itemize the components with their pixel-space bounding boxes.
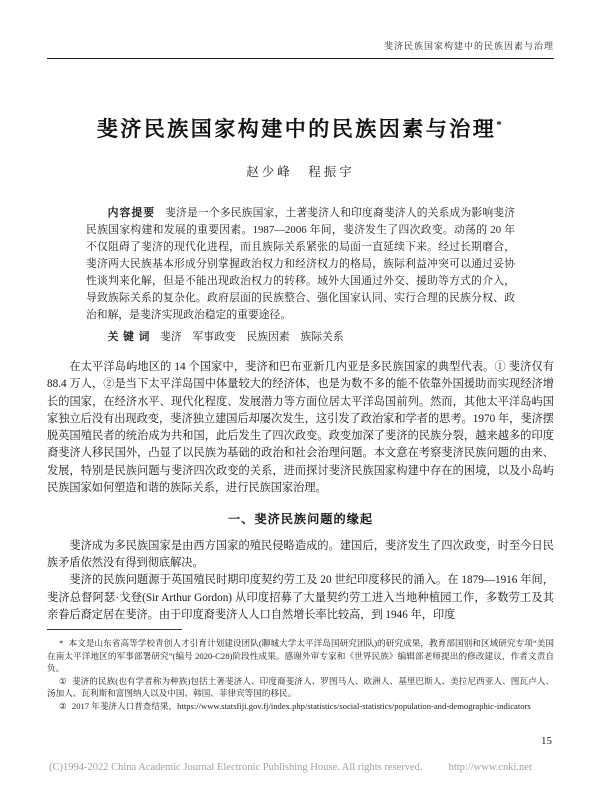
abstract-block: 内容提要斐济是一个多民族国家，土著斐济人和印度裔斐济人的关系成为影响斐济民族国家…	[86, 205, 515, 346]
footnote-2: ②2017 年斐济人口普查结果，https://www.statsfiji.go…	[47, 700, 554, 713]
page-number: 15	[541, 735, 552, 747]
footnote-1: ①斐济的民族(也有学者称为种族)包括土著斐济人、印度裔斐济人、罗图马人、欧洲人、…	[47, 675, 554, 700]
section1-paragraph-1: 斐济成为多民族国家是由西方国家的殖民侵略造成的。建国后，斐济发生了四次政变，时至…	[47, 538, 554, 573]
authors: 赵少峰 程振宇	[47, 162, 554, 180]
footnote-star-text: 本文是山东省高等学校青创人才引育计划建设团队(聊城大学太平洋岛国研究团队)的研究…	[47, 638, 554, 673]
title-footnote-marker: *	[496, 119, 504, 131]
keywords-label: 关 键 词	[108, 331, 151, 343]
footnote-1-text: 斐济的民族(也有学者称为种族)包括土著斐济人、印度裔斐济人、罗图马人、欧洲人、基…	[47, 676, 554, 699]
footnote-star-marker: *	[59, 638, 63, 648]
running-header-title: 斐济民族国家构建中的民族因素与治理	[384, 41, 554, 51]
footnote-star: *本文是山东省高等学校青创人才引育计划建设团队(聊城大学太平洋岛国研究团队)的研…	[47, 637, 554, 675]
footnotes-area: *本文是山东省高等学校青创人才引育计划建设团队(聊城大学太平洋岛国研究团队)的研…	[47, 629, 554, 713]
journal-page: 斐济民族国家构建中的民族因素与治理 斐济民族国家构建中的民族因素与治理* 赵少峰…	[0, 0, 596, 791]
article-title-text: 斐济民族国家构建中的民族因素与治理	[97, 117, 497, 141]
footnote-2-marker: ②	[59, 701, 67, 711]
copyright-text: (C)1994-2022 China Academic Journal Elec…	[49, 762, 423, 773]
article-body: 在太平洋岛屿地区的 14 个国家中，斐济和巴布亚新几内亚是多民族国家的典型代表。…	[47, 359, 554, 624]
section1-heading: 一、斐济民族问题的缘起	[47, 511, 554, 528]
abstract-text: 斐济是一个多民族国家，土著斐济人和印度裔斐济人的关系成为影响斐济民族国家构建和发…	[86, 207, 515, 321]
footnote-1-marker: ①	[59, 676, 67, 686]
section1-paragraph-2: 斐济的民族问题源于英国殖民时期印度契约劳工及 20 世纪印度移民的涌入。在 18…	[47, 572, 554, 624]
article-title: 斐济民族国家构建中的民族因素与治理*	[47, 113, 554, 143]
page-content: 斐济民族国家构建中的民族因素与治理 斐济民族国家构建中的民族因素与治理* 赵少峰…	[47, 0, 554, 624]
keywords-text: 斐济 军事政变 民族因素 族际关系	[160, 331, 344, 343]
intro-paragraph: 在太平洋岛屿地区的 14 个国家中，斐济和巴布亚新几内亚是多民族国家的典型代表。…	[47, 359, 554, 497]
keywords-line: 关 键 词斐济 军事政变 民族因素 族际关系	[86, 329, 515, 346]
footnote-2-text: 2017 年斐济人口普查结果，https://www.statsfiji.gov…	[72, 701, 531, 711]
abstract-label: 内容提要	[108, 207, 156, 219]
running-header: 斐济民族国家构建中的民族因素与治理	[47, 0, 554, 59]
abstract-paragraph: 内容提要斐济是一个多民族国家，土著斐济人和印度裔斐济人的关系成为影响斐济民族国家…	[86, 205, 515, 324]
cnki-url: http://www.cnki.net	[449, 762, 532, 773]
cnki-copyright-footer: (C)1994-2022 China Academic Journal Elec…	[49, 762, 576, 773]
footnote-separator	[47, 629, 182, 630]
